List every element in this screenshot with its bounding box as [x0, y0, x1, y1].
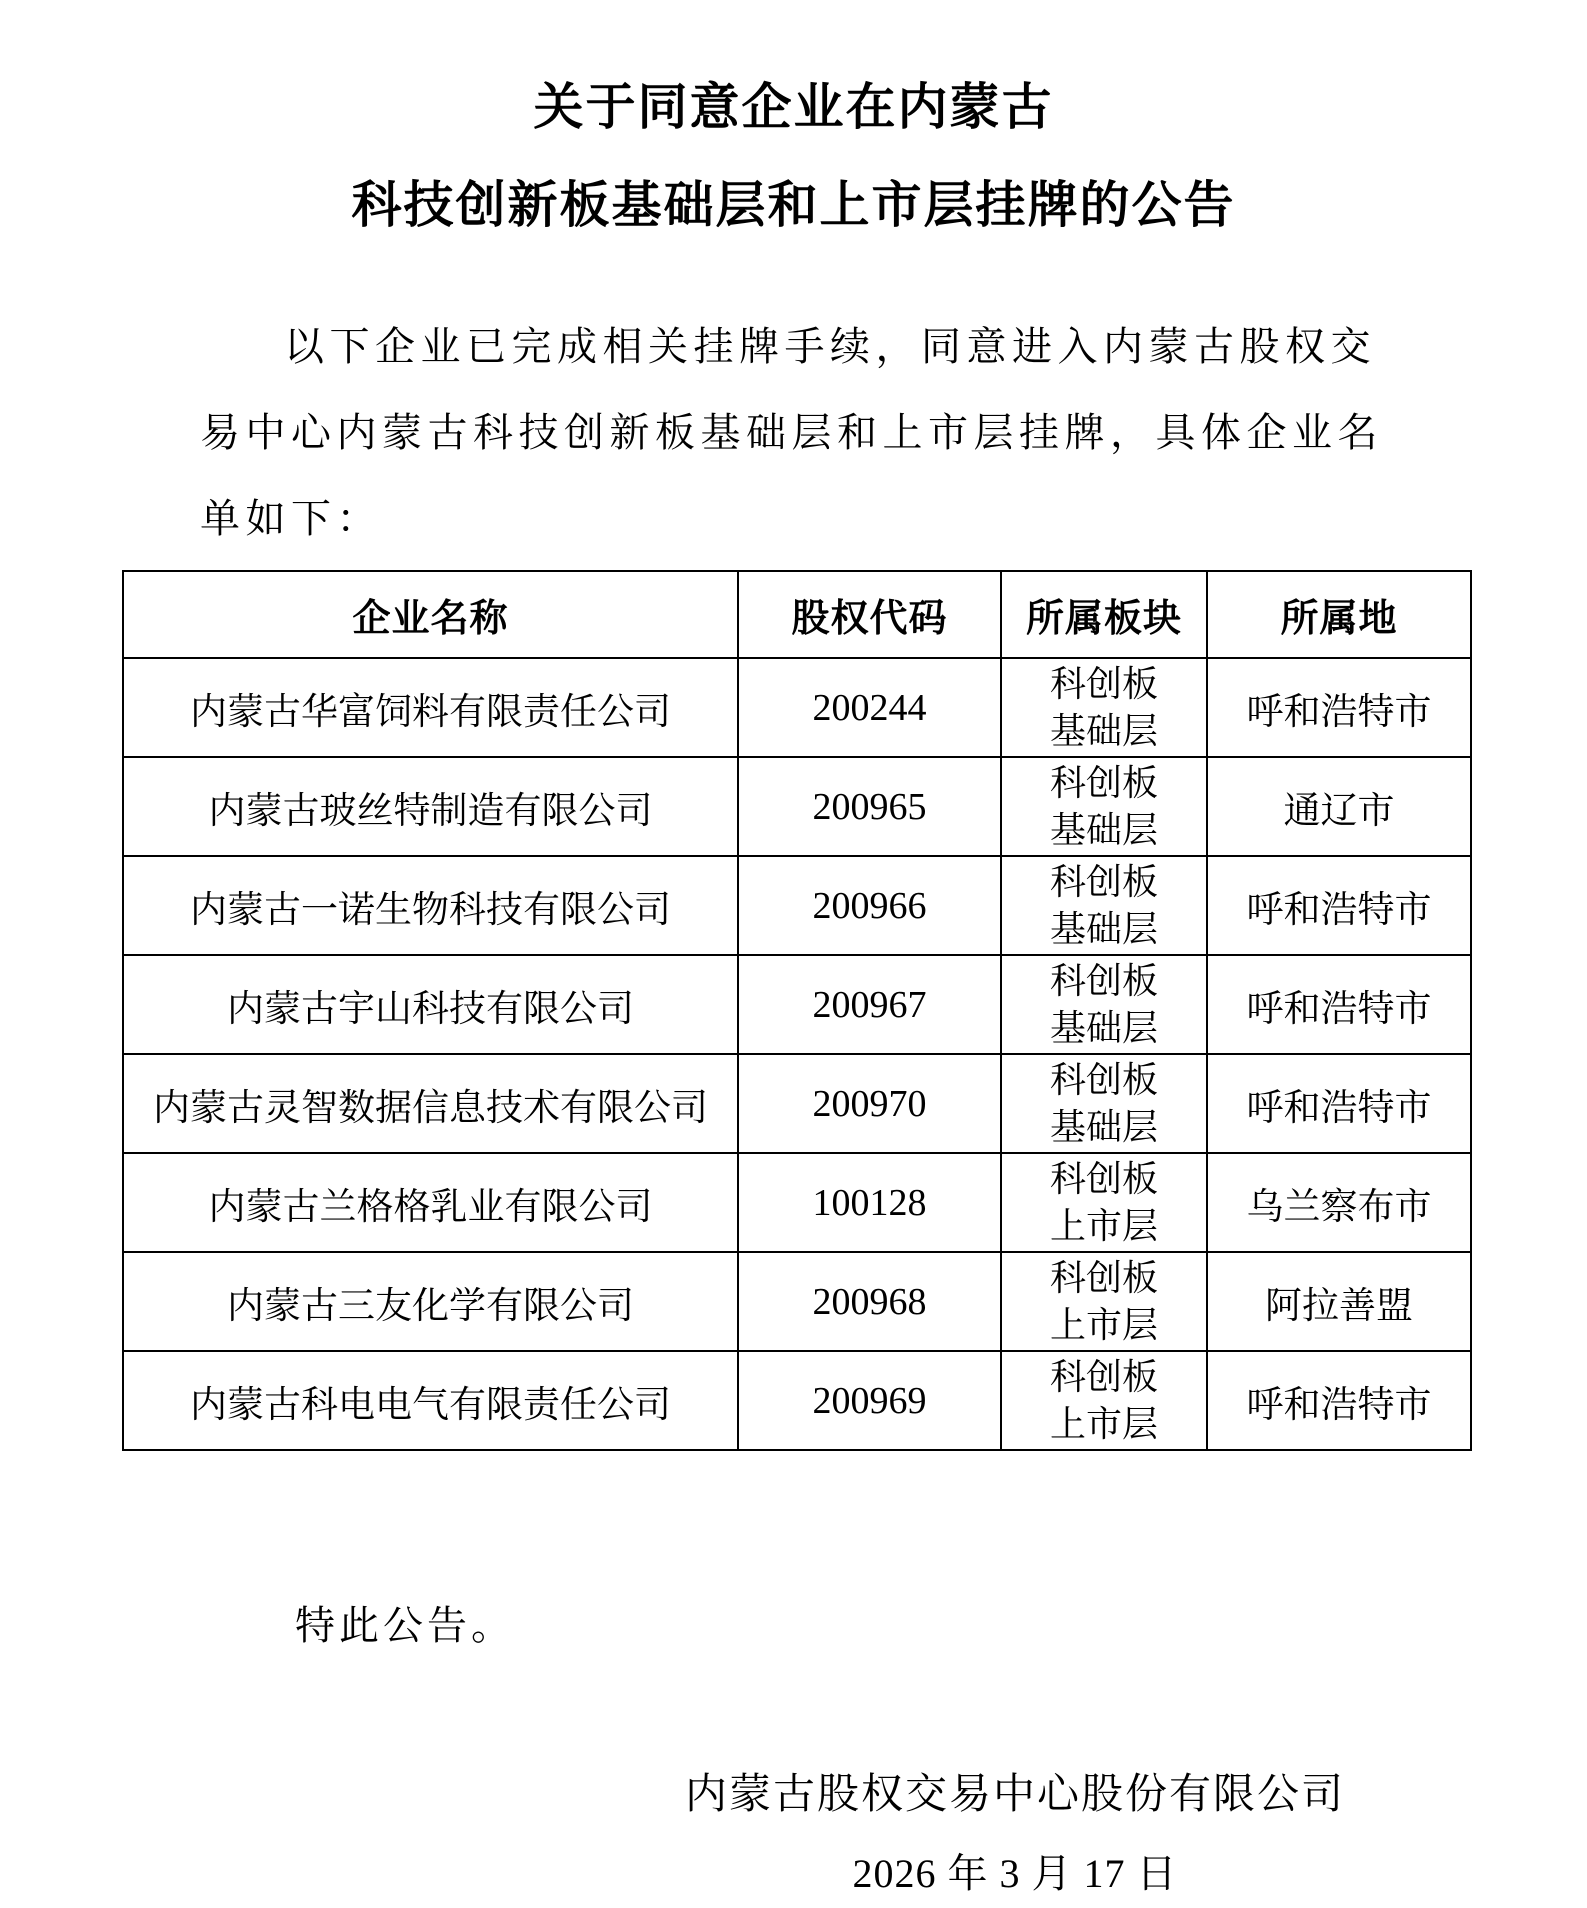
table-row: 内蒙古宇山科技有限公司 200967 科创板 基础层 呼和浩特市 [123, 955, 1471, 1054]
equity-code-cell: 200965 [738, 757, 1001, 856]
signature-block: 内蒙古股权交易中心股份有限公司 2026 年 3 月 17 日 [685, 1769, 1345, 1899]
region-cell: 阿拉善盟 [1207, 1252, 1471, 1351]
announcement-document: 关于同意企业在内蒙古 科技创新板基础层和上市层挂牌的公告 以下企业已完成相关挂牌… [0, 0, 1587, 1908]
table-row: 内蒙古玻丝特制造有限公司 200965 科创板 基础层 通辽市 [123, 757, 1471, 856]
issuer-name: 内蒙古股权交易中心股份有限公司 [685, 1769, 1345, 1821]
company-name-cell: 内蒙古华富饲料有限责任公司 [123, 658, 738, 757]
equity-code-cell: 200968 [738, 1252, 1001, 1351]
equity-code-cell: 200967 [738, 955, 1001, 1054]
document-title: 关于同意企业在内蒙古 科技创新板基础层和上市层挂牌的公告 [0, 58, 1587, 254]
intro-paragraph: 以下企业已完成相关挂牌手续，同意进入内蒙古股权交 易中心内蒙古科技创新板基础层和… [200, 304, 1397, 562]
company-name-cell: 内蒙古灵智数据信息技术有限公司 [123, 1054, 738, 1153]
board-tier-cell: 科创板 上市层 [1001, 1153, 1207, 1252]
company-name-cell: 内蒙古一诺生物科技有限公司 [123, 856, 738, 955]
company-name-cell: 内蒙古宇山科技有限公司 [123, 955, 738, 1054]
closing-statement: 特此公告。 [295, 1601, 1587, 1651]
region-cell: 通辽市 [1207, 757, 1471, 856]
title-line-1: 关于同意企业在内蒙古 [0, 58, 1587, 156]
column-header-equity-code: 股权代码 [738, 571, 1001, 658]
board-tier-cell: 科创板 基础层 [1001, 658, 1207, 757]
table-header-row: 企业名称 股权代码 所属板块 所属地 [123, 571, 1471, 658]
company-name-cell: 内蒙古玻丝特制造有限公司 [123, 757, 738, 856]
region-cell: 呼和浩特市 [1207, 856, 1471, 955]
board-tier-cell: 科创板 上市层 [1001, 1351, 1207, 1450]
board-tier-cell: 科创板 基础层 [1001, 856, 1207, 955]
equity-code-cell: 100128 [738, 1153, 1001, 1252]
board-tier-cell: 科创板 上市层 [1001, 1252, 1207, 1351]
intro-line-2: 易中心内蒙古科技创新板基础层和上市层挂牌，具体企业名 [200, 390, 1397, 476]
region-cell: 呼和浩特市 [1207, 658, 1471, 757]
intro-line-1: 以下企业已完成相关挂牌手续，同意进入内蒙古股权交 [200, 304, 1397, 390]
equity-code-cell: 200970 [738, 1054, 1001, 1153]
company-name-cell: 内蒙古三友化学有限公司 [123, 1252, 738, 1351]
board-tier-cell: 科创板 基础层 [1001, 757, 1207, 856]
intro-line-3: 单如下： [200, 476, 1397, 562]
region-cell: 乌兰察布市 [1207, 1153, 1471, 1252]
region-cell: 呼和浩特市 [1207, 1351, 1471, 1450]
equity-code-cell: 200966 [738, 856, 1001, 955]
table-row: 内蒙古科电电气有限责任公司 200969 科创板 上市层 呼和浩特市 [123, 1351, 1471, 1450]
column-header-region: 所属地 [1207, 571, 1471, 658]
board-tier-cell: 科创板 基础层 [1001, 1054, 1207, 1153]
table-row: 内蒙古兰格格乳业有限公司 100128 科创板 上市层 乌兰察布市 [123, 1153, 1471, 1252]
region-cell: 呼和浩特市 [1207, 955, 1471, 1054]
title-line-2: 科技创新板基础层和上市层挂牌的公告 [0, 156, 1587, 254]
region-cell: 呼和浩特市 [1207, 1054, 1471, 1153]
table-row: 内蒙古华富饲料有限责任公司 200244 科创板 基础层 呼和浩特市 [123, 658, 1471, 757]
board-tier-cell: 科创板 基础层 [1001, 955, 1207, 1054]
announcement-date: 2026 年 3 月 17 日 [685, 1849, 1345, 1899]
equity-code-cell: 200969 [738, 1351, 1001, 1450]
column-header-board-tier: 所属板块 [1001, 571, 1207, 658]
company-listing-table: 企业名称 股权代码 所属板块 所属地 内蒙古华富饲料有限责任公司 200244 … [122, 570, 1472, 1451]
company-name-cell: 内蒙古兰格格乳业有限公司 [123, 1153, 738, 1252]
equity-code-cell: 200244 [738, 658, 1001, 757]
table-row: 内蒙古一诺生物科技有限公司 200966 科创板 基础层 呼和浩特市 [123, 856, 1471, 955]
table-row: 内蒙古灵智数据信息技术有限公司 200970 科创板 基础层 呼和浩特市 [123, 1054, 1471, 1153]
company-name-cell: 内蒙古科电电气有限责任公司 [123, 1351, 738, 1450]
table-row: 内蒙古三友化学有限公司 200968 科创板 上市层 阿拉善盟 [123, 1252, 1471, 1351]
column-header-company-name: 企业名称 [123, 571, 738, 658]
